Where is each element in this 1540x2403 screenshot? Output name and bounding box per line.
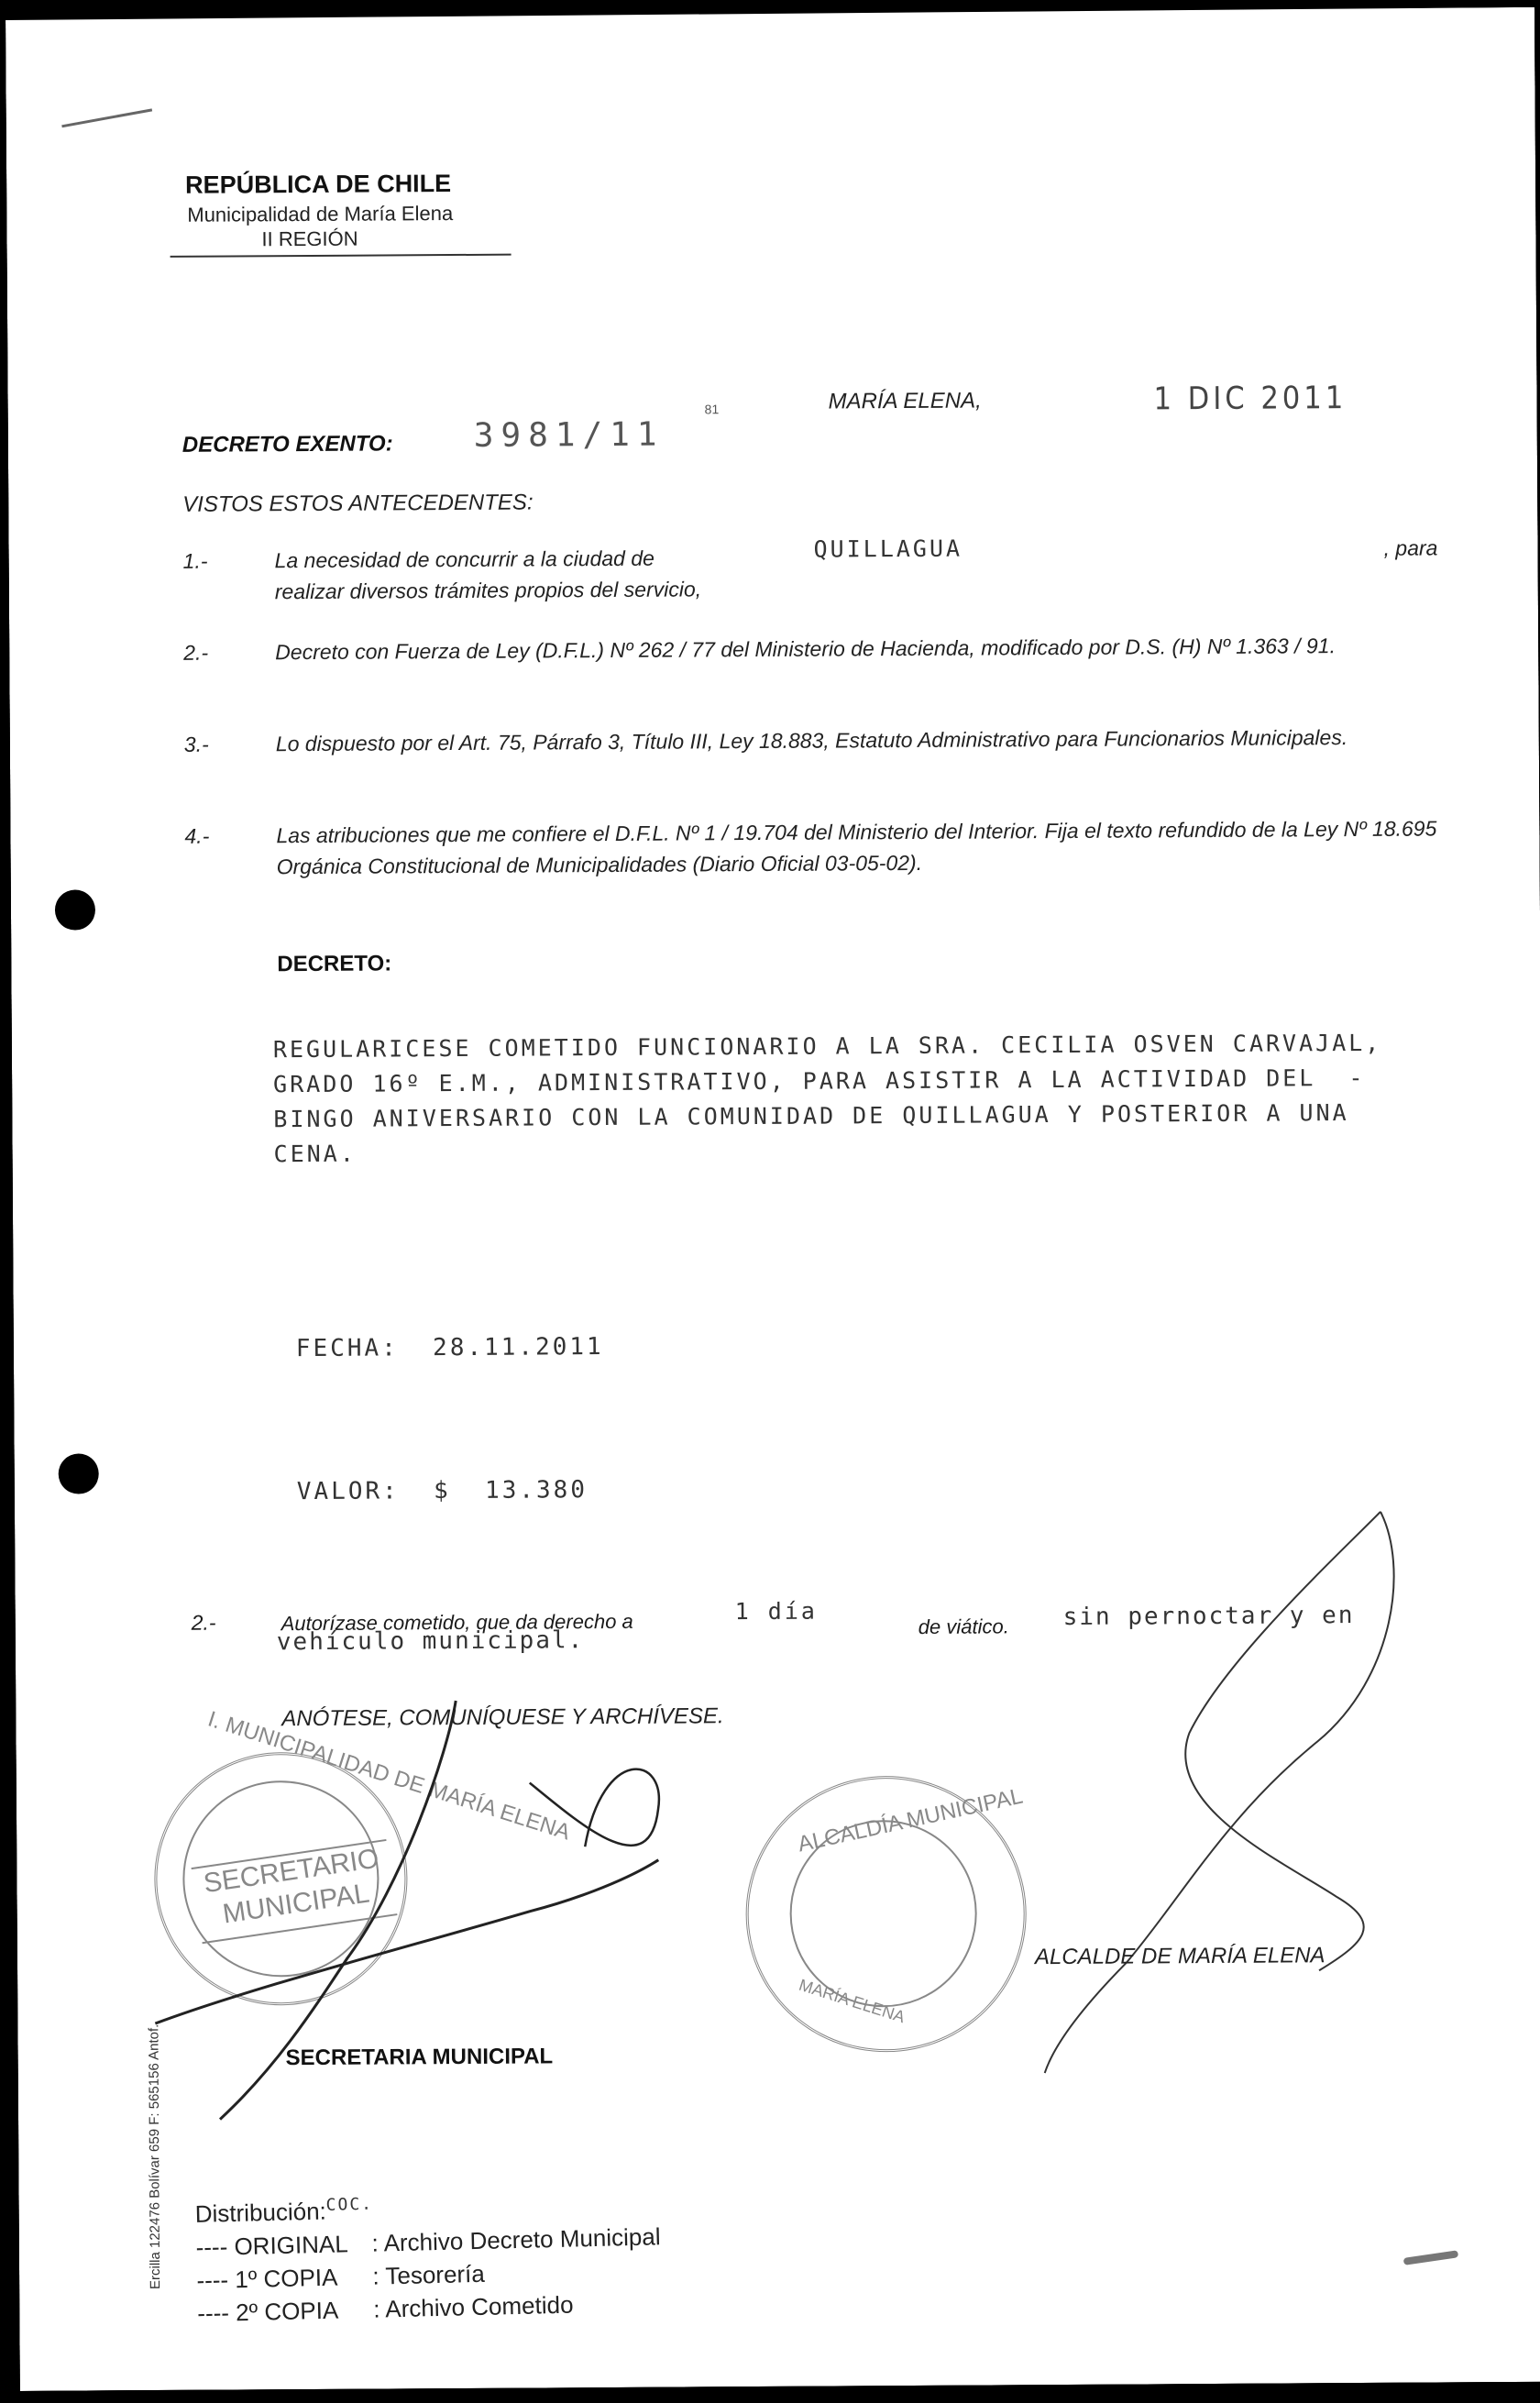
alcalde-signature-label: ALCALDE DE MARÍA ELENA [1035, 1943, 1325, 1970]
stamp-note: 81 [705, 402, 720, 416]
distribution-initials: COC. [325, 2195, 373, 2215]
header-subtitle: Municipalidad de María Elena [187, 202, 453, 227]
decree-label: DECRETO EXENTO: [182, 431, 393, 457]
fecha-value: 28.11.2011 [433, 1333, 604, 1361]
vistos-item: 3.- Lo dispuesto por el Art. 75, Párrafo… [184, 721, 1449, 792]
decree-number: 3981/11 [474, 416, 665, 455]
printer-imprint: Ercilla 122476 Bolívar 659 F: 565156 Ant… [146, 2024, 163, 2289]
typed-city: QUILLAGUA [813, 535, 962, 563]
item-number: 4.- [184, 821, 209, 852]
item-text: Decreto con Fuerza de Ley (D.F.L.) Nº 26… [275, 629, 1439, 667]
item-text: Las atribuciones que me confiere el D.F.… [276, 812, 1440, 882]
header-title: REPÚBLICA DE CHILE [185, 170, 451, 200]
vistos-item: 2.- Decreto con Fuerza de Ley (D.F.L.) N… [183, 629, 1448, 700]
article2-typed-line2: vehículo municipal. [277, 1626, 585, 1656]
item-tail: , para [1383, 535, 1437, 560]
punch-hole [55, 889, 95, 930]
item-number: 2.- [183, 637, 208, 668]
article2-days: 1 día [735, 1598, 818, 1626]
item-text: Lo dispuesto por el Art. 75, Párrafo 3, … [276, 721, 1440, 759]
secretaria-signature-label: SECRETARIA MUNICIPAL [286, 2044, 554, 2071]
article2-number: 2.- [192, 1611, 216, 1636]
scanned-document-page: REPÚBLICA DE CHILE Municipalidad de Marí… [5, 7, 1540, 2391]
decree-date-stamp: 1 DIC 2011 [1153, 380, 1347, 417]
header-divider [170, 254, 511, 258]
vistos-heading: VISTOS ESTOS ANTECEDENTES: [182, 490, 533, 517]
valor-value: $ 13.380 [434, 1476, 588, 1505]
vistos-item: 4.- Las atribuciones que me confiere el … [184, 812, 1449, 884]
article2-viatico: de viático. [918, 1615, 1009, 1639]
handwritten-signatures [5, 7, 1540, 2391]
header-region: II REGIÓN [261, 227, 357, 252]
distribution-block: Distribución:COC. ---- ORIGINAL: Archivo… [194, 2181, 662, 2330]
scan-mark [61, 108, 152, 127]
article2-typed-tail: sin pernoctar y en [1063, 1602, 1355, 1631]
decreto-heading: DECRETO: [277, 951, 391, 977]
fecha-valor-block: FECHA: 28.11.2011 VALOR: $ 13.380 [295, 1228, 605, 1611]
item-number: 1.- [183, 546, 208, 577]
punch-hole [59, 1453, 99, 1494]
ink-smudge [1403, 2250, 1459, 2265]
valor-label: VALOR: [297, 1477, 400, 1505]
item-text-line2: realizar diversos trámites propios del s… [275, 568, 1439, 607]
decreto-body: REGULARICESE COMETIDO FUNCIONARIO A LA S… [273, 1025, 1521, 1172]
decree-city: MARÍA ELENA, [829, 389, 982, 415]
fecha-label: FECHA: [296, 1334, 399, 1362]
closing-formula: ANÓTESE, COMUNÍQUESE Y ARCHÍVESE. [281, 1703, 724, 1732]
item-number: 3.- [184, 729, 209, 760]
distribution-label: Distribución: [194, 2198, 326, 2228]
